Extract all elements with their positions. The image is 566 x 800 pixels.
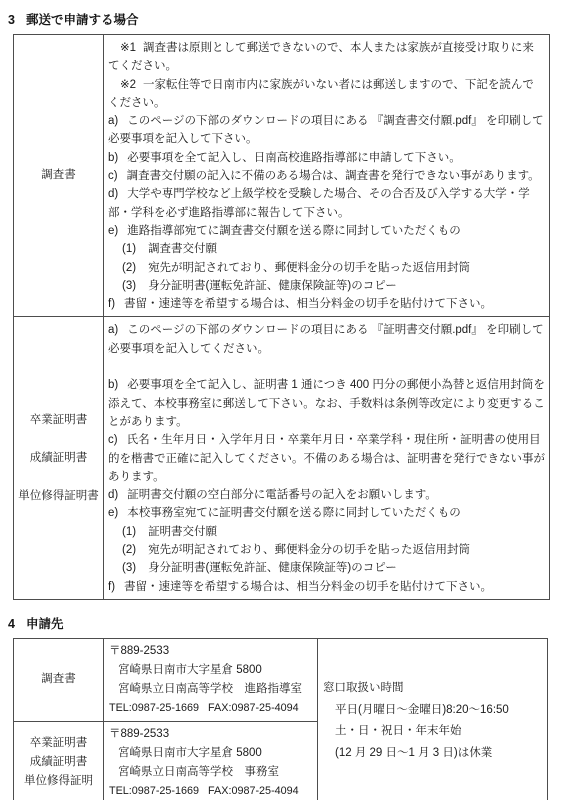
list-item: f)書留・速達等を希望する場合は、相当分料金の切手を貼付けて下さい。 (108, 578, 545, 596)
item-text: このページの下部のダウンロードの項目にある 『証明書交付願.pdf』 を印刷して… (108, 324, 544, 354)
item-marker: ※1 (120, 42, 136, 54)
address-cell-shinro: 〒889-2533 宮崎県日南市大字星倉 5800 宮崎県立日南高等学校 進路指… (104, 639, 318, 721)
list-item: b)必要事項を全て記入し、証明書 1 通につき 400 円分の郵便小為替と返信用… (108, 376, 545, 431)
document-type-label: 単位修得証明書 (18, 487, 99, 506)
office-hours-yearend: (12 月 29 日〜1 月 3 日)は休業 (323, 743, 545, 765)
sub-list-item: (1)調査書交付願 (108, 240, 545, 258)
office-hours-closed-days: 土・日・祝日・年末年始 (323, 721, 545, 743)
item-text: 必要事項を全て記入し、証明書 1 通につき 400 円分の郵便小為替と返信用封筒… (108, 379, 545, 428)
item-marker: (2) (122, 262, 136, 274)
section-4-heading: 4申請先 (8, 614, 566, 632)
sub-list-item: (2)宛先が明記されており、郵便料金分の切手を貼った返信用封筒 (108, 259, 545, 277)
sub-list-item: (3)身分証明書(運転免許証、健康保険証等)のコピー (108, 277, 545, 295)
list-item: a)このページの下部のダウンロードの項目にある 『調査書交付願.pdf』 を印刷… (108, 112, 545, 149)
item-marker: (3) (122, 280, 136, 292)
item-marker: (1) (122, 526, 136, 538)
postal-code: 〒889-2533 (109, 642, 315, 661)
item-text: 書留・速達等を希望する場合は、相当分料金の切手を貼付けて下さい。 (124, 581, 492, 593)
address-line: 宮崎県日南市大字星倉 5800 (109, 661, 315, 680)
item-text: 一家転住等で日南市内に家族がいない者には郵送しますので、下記を読んでください。 (108, 79, 534, 109)
item-text: このページの下部のダウンロードの項目にある 『調査書交付願.pdf』 を印刷して… (108, 115, 544, 145)
item-marker: (3) (122, 562, 136, 574)
item-marker: b) (108, 379, 118, 391)
item-text: 大学や専門学校など上級学校を受験した場合、その合否及び入学する大学・学部・学科を… (108, 188, 530, 218)
address-line: 宮崎県立日南高等学校 事務室 (109, 763, 315, 782)
document-type-cell-chousasho: 調査書 (14, 35, 104, 316)
document-type-label: 単位修得証明 (24, 772, 93, 791)
sub-list-item: (3)身分証明書(運転免許証、健康保険証等)のコピー (108, 559, 545, 577)
item-text: 宛先が明記されており、郵便料金分の切手を貼った返信用封筒 (148, 544, 470, 556)
document-type-label: 卒業証明書 (30, 411, 88, 430)
address-line: 宮崎県立日南高等学校 進路指導室 (109, 680, 315, 699)
item-marker: c) (108, 170, 118, 182)
section-3-number: 3 (8, 13, 15, 27)
tel-fax-line: TEL:0987-25-1669 FAX:0987-25-4094 (109, 782, 315, 800)
list-item: f)書留・速達等を希望する場合は、相当分料金の切手を貼付けて下さい。 (108, 295, 545, 313)
document-type-label: 調査書 (41, 166, 76, 185)
item-text: 調査書は原則として郵送できないので、本人または家族が直接受け取りに来てください。 (108, 42, 534, 72)
address-line: 宮崎県日南市大字星倉 5800 (109, 744, 315, 763)
item-marker: e) (108, 507, 118, 519)
address-cell-jimushitsu: 〒889-2533 宮崎県日南市大字星倉 5800 宮崎県立日南高等学校 事務室… (104, 721, 318, 800)
item-text: 身分証明書(運転免許証、健康保険証等)のコピー (148, 562, 397, 574)
item-marker: (1) (122, 243, 136, 255)
list-item: d)大学や専門学校など上級学校を受験した場合、その合否及び入学する大学・学部・学… (108, 185, 545, 222)
item-text: 調査書交付願の記入に不備のある場合は、調査書を発行できない事があります。 (127, 170, 540, 182)
item-marker: a) (108, 324, 118, 336)
item-text: 宛先が明記されており、郵便料金分の切手を貼った返信用封筒 (148, 262, 470, 274)
address-type-cell-certificates: 卒業証明書 成績証明書 単位修得証明 (14, 721, 104, 800)
item-text: 身分証明書(運転免許証、健康保険証等)のコピー (148, 280, 397, 292)
item-marker: f) (108, 298, 115, 310)
item-marker: ※2 (120, 79, 136, 91)
note-item: ※2一家転住等で日南市内に家族がいない者には郵送しますので、下記を読んでください… (108, 76, 545, 113)
item-marker: f) (108, 581, 115, 593)
list-item: a)このページの下部のダウンロードの項目にある 『証明書交付願.pdf』 を印刷… (108, 321, 545, 358)
list-item: e)本校事務室宛てに証明書交付願を送る際に同封していただくもの (108, 504, 545, 522)
item-text: 書留・速達等を希望する場合は、相当分料金の切手を貼付けて下さい。 (124, 298, 492, 310)
item-marker: a) (108, 115, 118, 127)
document-type-label: 成績証明書 (30, 753, 88, 772)
note-item: ※1調査書は原則として郵送できないので、本人または家族が直接受け取りに来てくださ… (108, 39, 545, 76)
item-text: 調査書交付願 (148, 243, 217, 255)
postal-code: 〒889-2533 (109, 725, 315, 744)
section-3-heading: 3郵送で申請する場合 (8, 10, 566, 28)
certificates-instructions-cell: a)このページの下部のダウンロードの項目にある 『証明書交付願.pdf』 を印刷… (104, 316, 549, 598)
item-text: 必要事項を全て記入し、日南高校進路指導部に申請して下さい。 (127, 152, 461, 164)
mail-application-table: 調査書 ※1調査書は原則として郵送できないので、本人または家族が直接受け取りに来… (13, 34, 550, 600)
item-marker: b) (108, 152, 118, 164)
section-4-number: 4 (8, 617, 15, 631)
sub-list-item: (1)証明書交付願 (108, 523, 545, 541)
document-type-label: 卒業証明書 (30, 734, 88, 753)
item-text: 氏名・生年月日・入学年月日・卒業年月日・卒業学科・現住所・証明書の使用目的を楷書… (108, 434, 545, 483)
office-hours-cell: 窓口取扱い時間 平日(月曜日〜金曜日)8:20〜16:50 土・日・祝日・年末年… (318, 639, 547, 800)
item-marker: (2) (122, 544, 136, 556)
document-type-cell-certificates: 卒業証明書 成績証明書 単位修得証明書 (14, 316, 104, 598)
item-text: 証明書交付願 (148, 526, 217, 538)
list-item: e)進路指導部宛てに調査書交付願を送る際に同封していただくもの (108, 222, 545, 240)
office-hours-title: 窓口取扱い時間 (323, 678, 545, 700)
item-text: 進路指導部宛てに調査書交付願を送る際に同封していただくもの (127, 225, 461, 237)
sub-list-item: (2)宛先が明記されており、郵便料金分の切手を貼った返信用封筒 (108, 541, 545, 559)
tel-fax-line: TEL:0987-25-1669 FAX:0987-25-4094 (109, 699, 315, 718)
item-marker: c) (108, 434, 118, 446)
application-address-table: 調査書 〒889-2533 宮崎県日南市大字星倉 5800 宮崎県立日南高等学校… (13, 638, 548, 800)
item-marker: e) (108, 225, 118, 237)
list-item: d)証明書交付願の空白部分に電話番号の記入をお願いします。 (108, 486, 545, 504)
list-item: c)氏名・生年月日・入学年月日・卒業年月日・卒業学科・現住所・証明書の使用目的を… (108, 431, 545, 486)
blank-line (108, 358, 545, 376)
office-hours-weekday: 平日(月曜日〜金曜日)8:20〜16:50 (323, 700, 545, 722)
list-item: c)調査書交付願の記入に不備のある場合は、調査書を発行できない事があります。 (108, 167, 545, 185)
item-marker: d) (108, 188, 118, 200)
list-item: b)必要事項を全て記入し、日南高校進路指導部に申請して下さい。 (108, 149, 545, 167)
document-type-label: 調査書 (41, 670, 76, 689)
address-type-cell-chousasho: 調査書 (14, 639, 104, 721)
section-4-title: 申請先 (26, 617, 64, 631)
item-text: 本校事務室宛てに証明書交付願を送る際に同封していただくもの (127, 507, 461, 519)
section-3-title: 郵送で申請する場合 (26, 13, 139, 27)
item-text: 証明書交付願の空白部分に電話番号の記入をお願いします。 (127, 489, 437, 501)
chousasho-instructions-cell: ※1調査書は原則として郵送できないので、本人または家族が直接受け取りに来てくださ… (104, 35, 549, 316)
document-type-label: 成績証明書 (30, 449, 88, 468)
item-marker: d) (108, 489, 118, 501)
